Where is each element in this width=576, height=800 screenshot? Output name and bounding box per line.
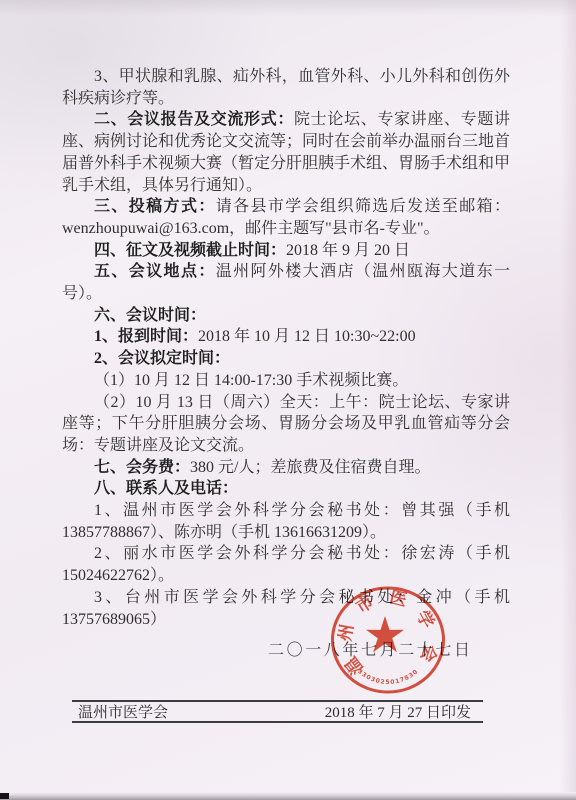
paragraph-text: （1）10 月 12 日 14:00-17:30 手术视频比赛。 xyxy=(94,372,408,389)
scanned-document-page: 3、甲状腺和乳腺、疝外科，血管外科、小儿外科和创伤外科疾病诊疗等。 二、会议报告… xyxy=(0,0,576,800)
paragraph-text: 380 元/人；差旅费及住宿费自理。 xyxy=(190,459,430,476)
paragraph-text: 1、温州市医学会外科学分会秘书处：曾其强（手机 13857788867）、陈亦明… xyxy=(62,502,510,541)
paragraph-label: 七、会务费： xyxy=(94,459,190,476)
paragraph: （2）10 月 13 日（周六）全天：上午：院士论坛、专家讲座等；下午分肝胆胰分… xyxy=(62,392,510,457)
scan-corner-artifact xyxy=(0,793,9,799)
seal-char: 市 xyxy=(352,591,377,617)
paragraph: 2、丽水市医学会外科学分会秘书处：徐宏涛（手机 15024622762）。 xyxy=(62,543,510,586)
paragraph: 1、温州市医学会外科学分会秘书处：曾其强（手机 13857788867）、陈亦明… xyxy=(62,500,510,543)
seal-char: 医 xyxy=(388,587,409,610)
paragraph: 三、投稿方式：请各县市学会组织筛选后发送至邮箱：wenzhoupuwai@163… xyxy=(62,196,510,239)
paragraph-text: 2018 年 9 月 20 日 xyxy=(286,242,410,259)
paragraph-label: 1、报到时间： xyxy=(94,328,198,345)
paragraph-label: 六、会议时间： xyxy=(94,307,206,324)
paragraph-text: 3、甲状腺和乳腺、疝外科，血管外科、小儿外科和创伤外科疾病诊疗等。 xyxy=(62,68,510,107)
scan-top-shadow xyxy=(0,0,576,16)
paragraph-text: 2、丽水市医学会外科学分会秘书处：徐宏涛（手机 15024622762）。 xyxy=(62,545,510,584)
paragraph-label: 五、会议地点： xyxy=(94,263,216,280)
paragraph-label: 三、投稿方式： xyxy=(94,198,216,215)
star-icon xyxy=(366,616,404,652)
document-body: 3、甲状腺和乳腺、疝外科，血管外科、小儿外科和创伤外科疾病诊疗等。 二、会议报告… xyxy=(62,66,510,630)
paragraph: 七、会务费：380 元/人；差旅费及住宿费自理。 xyxy=(62,457,510,479)
paragraph: 六、会议时间： xyxy=(62,305,510,327)
paragraph-text: （2）10 月 13 日（周六）全天：上午：院士论坛、专家讲座等；下午分肝胆胰分… xyxy=(62,394,510,454)
footer-issuer: 温州市医学会 xyxy=(78,701,168,722)
paragraph: 二、会议报告及交流形式：院士论坛、专家讲座、专题讲座、病例讨论和优秀论文交流等；… xyxy=(62,109,510,196)
official-seal: 温 州 市 医 学 会 3303025017830 xyxy=(327,584,449,698)
paragraph-label: 2、会议拟定时间： xyxy=(94,350,230,367)
footer-print-date: 2018 年 7 月 27 日印发 xyxy=(325,701,471,722)
paragraph-label: 四、征文及视频截止时间： xyxy=(94,242,286,259)
paragraph: 1、报到时间：2018 年 10 月 12 日 10:30~22:00 xyxy=(62,326,510,348)
paragraph-text: 2018 年 10 月 12 日 10:30~22:00 xyxy=(198,328,416,345)
paragraph-label: 二、会议报告及交流形式： xyxy=(94,111,294,128)
paragraph: 3、甲状腺和乳腺、疝外科，血管外科、小儿外科和创伤外科疾病诊疗等。 xyxy=(62,66,510,109)
document-footer: 温州市医学会 2018 年 7 月 27 日印发 xyxy=(72,700,483,723)
paragraph: 八、联系人及电话： xyxy=(62,478,510,500)
scan-right-shadow xyxy=(560,0,576,800)
paragraph: 2、会议拟定时间： xyxy=(62,348,510,370)
seal-char: 州 xyxy=(335,623,357,643)
paragraph-label: 八、联系人及电话： xyxy=(94,480,238,497)
seal-number: 3303025017830 xyxy=(356,668,420,686)
paragraph: 四、征文及视频截止时间：2018 年 9 月 20 日 xyxy=(62,240,510,262)
paragraph: （1）10 月 12 日 14:00-17:30 手术视频比赛。 xyxy=(62,370,510,392)
paragraph: 五、会议地点：温州阿外楼大酒店（温州瓯海大道东一号）。 xyxy=(62,261,510,304)
scan-bottom-edge xyxy=(0,792,576,800)
